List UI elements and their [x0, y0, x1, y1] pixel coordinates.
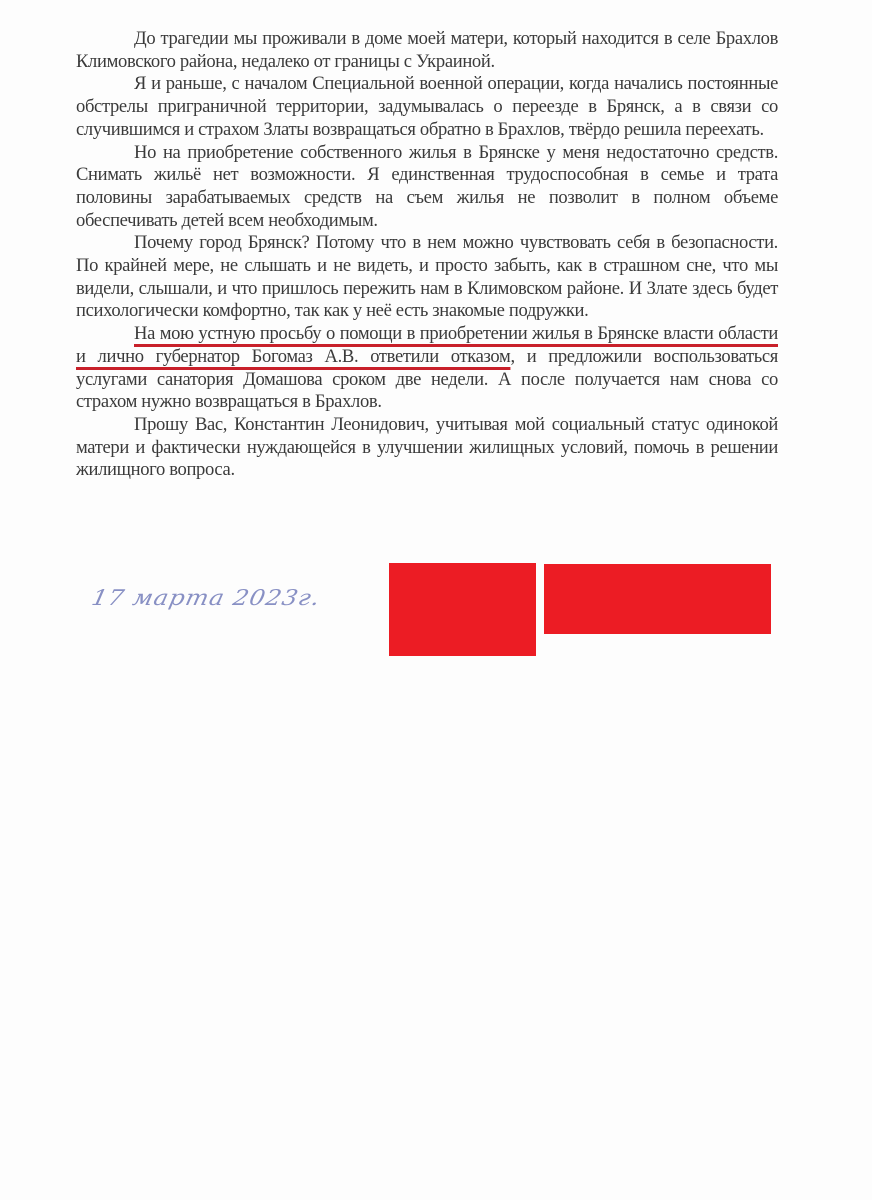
document-page: До трагедии мы проживали в доме моей мат… [0, 0, 872, 1200]
paragraph-insufficient-funds: Но на приобретение собственного жилья в … [76, 142, 778, 233]
paragraph-decision-to-move: Я и раньше, с началом Специальной военно… [76, 73, 778, 141]
paragraph-why-bryansk: Почему город Брянск? Потому что в нем мо… [76, 232, 778, 323]
letter-body: До трагедии мы проживали в доме моей мат… [76, 28, 778, 482]
paragraph-request: Прошу Вас, Константин Леонидович, учитыв… [76, 414, 778, 482]
paragraph-former-residence: До трагедии мы проживали в доме моей мат… [76, 28, 778, 73]
handwritten-date: 17 марта 2023г. [89, 585, 323, 610]
redacted-signature-block [389, 563, 536, 656]
redacted-name-block [544, 564, 771, 634]
paragraph-refusal: На мою устную просьбу о помощи в приобре… [76, 323, 778, 414]
